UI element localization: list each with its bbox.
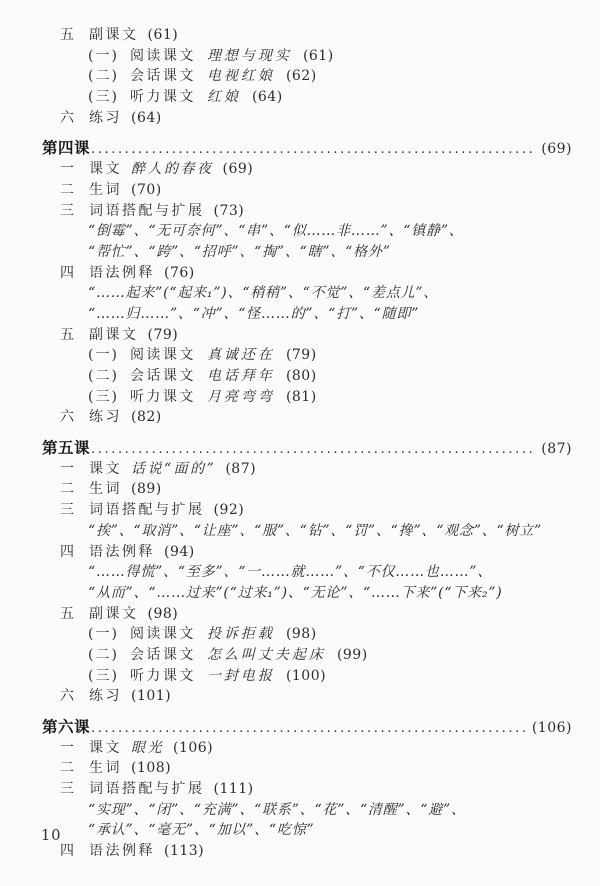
chapter-title: 第四课 <box>42 138 90 159</box>
subitem-category: 阅读课文 <box>130 626 196 642</box>
subitem-title: 投诉拒载 <box>207 626 275 642</box>
page-ref: (80) <box>286 368 317 384</box>
toc-item: 四语法例释(94) <box>42 542 572 563</box>
chapter-title: 第五课 <box>42 438 90 459</box>
item-number: 五 <box>60 27 75 43</box>
page-ref: (108) <box>131 760 171 776</box>
subitem-title: 一封电报 <box>207 668 275 684</box>
toc-subitem: (二)会话课文电视红娘(62) <box>42 66 572 87</box>
toc-subitem: (二)会话课文电话拜年(80) <box>42 366 572 387</box>
toc-item: 四语法例释(113) <box>42 841 572 862</box>
chapter-heading: 第六课(106) <box>42 717 572 738</box>
grammar-line: “从而”、“……过来”(“过来₁”)、“无论”、“……下来”(“下来₂”) <box>42 583 572 604</box>
vocab-line: “倒霉”、“无可奈何”、“串”、“似……非……”、“镇静”、 <box>42 221 572 242</box>
item-number: 三 <box>60 781 75 797</box>
toc-item: 五副课文(79) <box>42 325 572 346</box>
subitem-category: 听力课文 <box>130 389 196 405</box>
page-ref: (111) <box>214 781 254 797</box>
page-ref: (79) <box>148 327 179 343</box>
page-ref: (62) <box>286 68 317 84</box>
vocab-line: “帮忙”、“跨”、“招呼”、“掏”、“瞎”、“格外” <box>42 242 572 263</box>
page-ref: (81) <box>286 389 317 405</box>
table-of-contents: 五副课文(61) (一)阅读课文理想与现实(61) (二)会话课文电视红娘(62… <box>42 25 572 872</box>
toc-item: 六练习(64) <box>42 108 572 129</box>
lesson-title: 醉人的春夜 <box>131 161 214 177</box>
item-number: 五 <box>60 327 75 343</box>
toc-item: 六练习(82) <box>42 407 572 428</box>
item-label: 生词 <box>89 760 122 776</box>
item-number: 一 <box>60 161 75 177</box>
item-label: 生词 <box>89 182 122 198</box>
toc-subitem: (三)听力课文月亮弯弯(81) <box>42 387 572 408</box>
chapter-page-ref: (106) <box>532 718 572 739</box>
grammar-line: “……起来”(“起来₁”)、“稍稍”、“不觉”、“差点儿”、 <box>42 283 572 304</box>
item-label: 词语搭配与扩展 <box>89 781 205 797</box>
vocab-line: “承认”、“毫无”、“加以”、“吃惊” <box>42 820 572 841</box>
page-ref: (106) <box>173 740 213 756</box>
toc-item: 一课文眼光(106) <box>42 738 572 759</box>
item-number: 二 <box>60 182 75 198</box>
item-label: 词语搭配与扩展 <box>89 203 205 219</box>
toc-item: 三词语搭配与扩展(111) <box>42 779 572 800</box>
item-label: 语法例释 <box>89 265 155 281</box>
toc-section: 第四课(69) 一课文醉人的春夜(69) 二生词(70) 三词语搭配与扩展(73… <box>42 138 572 428</box>
subitem-number: (一) <box>88 626 119 642</box>
item-label: 副课文 <box>89 27 139 43</box>
page-ref: (89) <box>131 481 162 497</box>
subitem-number: (二) <box>88 68 119 84</box>
page-ref: (82) <box>131 409 162 425</box>
item-number: 一 <box>60 461 75 477</box>
page-ref: (64) <box>252 89 283 105</box>
dot-leader <box>91 719 526 740</box>
chapter-page-ref: (69) <box>541 139 572 160</box>
subitem-title: 月亮弯弯 <box>207 389 275 405</box>
dot-leader <box>91 440 535 461</box>
subitem-number: (二) <box>88 368 119 384</box>
item-number: 三 <box>60 502 75 518</box>
chapter-page-ref: (87) <box>541 439 572 460</box>
toc-section: 第六课(106) 一课文眼光(106) 二生词(108) 三词语搭配与扩展(11… <box>42 717 572 862</box>
page-ref: (94) <box>164 544 195 560</box>
page-ref: (98) <box>148 606 179 622</box>
page-ref: (70) <box>131 182 162 198</box>
subitem-category: 听力课文 <box>130 668 196 684</box>
item-number: 六 <box>60 110 75 126</box>
toc-subitem: (一)阅读课文真诚还在(79) <box>42 345 572 366</box>
subitem-category: 听力课文 <box>130 89 196 105</box>
page-ref: (113) <box>164 843 204 859</box>
item-number: 二 <box>60 481 75 497</box>
toc-subitem: (三)听力课文红娘(64) <box>42 87 572 108</box>
item-number: 四 <box>60 265 75 281</box>
page-ref: (76) <box>164 265 195 281</box>
subitem-title: 怎么叫丈夫起床 <box>207 647 326 663</box>
item-number: 二 <box>60 760 75 776</box>
subitem-title: 电话拜年 <box>207 368 275 384</box>
page-ref: (79) <box>286 347 317 363</box>
lesson-title: 眼光 <box>131 740 164 756</box>
page-ref: (92) <box>214 502 245 518</box>
item-number: 五 <box>60 606 75 622</box>
item-label: 课文 <box>89 740 122 756</box>
vocab-line: “挨”、“取消”、“让座”、“服”、“钻”、“罚”、“搀”、“观念”、“树立” <box>42 521 572 542</box>
item-number: 六 <box>60 409 75 425</box>
lesson-title: 话说“面的” <box>131 461 216 477</box>
page-ref: (69) <box>223 161 254 177</box>
book-page: 五副课文(61) (一)阅读课文理想与现实(61) (二)会话课文电视红娘(62… <box>0 0 600 886</box>
item-label: 练习 <box>89 110 122 126</box>
item-number: 四 <box>60 843 75 859</box>
subitem-title: 电视红娘 <box>207 68 275 84</box>
toc-item: 一课文醉人的春夜(69) <box>42 159 572 180</box>
item-label: 语法例释 <box>89 544 155 560</box>
toc-subitem: (一)阅读课文投诉拒载(98) <box>42 624 572 645</box>
page-ref: (61) <box>303 48 334 64</box>
page-ref: (99) <box>337 647 368 663</box>
toc-item: 二生词(108) <box>42 758 572 779</box>
item-number: 三 <box>60 203 75 219</box>
subitem-category: 会话课文 <box>130 68 196 84</box>
page-ref: (73) <box>214 203 245 219</box>
grammar-line: “……归……”、“冲”、“怪……的”、“打”、“随即” <box>42 304 572 325</box>
toc-item: 二生词(89) <box>42 479 572 500</box>
page-ref: (61) <box>148 27 179 43</box>
subitem-category: 会话课文 <box>130 368 196 384</box>
item-label: 副课文 <box>89 327 139 343</box>
dot-leader <box>91 140 535 161</box>
page-ref: (101) <box>131 688 171 704</box>
toc-section: 五副课文(61) (一)阅读课文理想与现实(61) (二)会话课文电视红娘(62… <box>42 25 572 128</box>
toc-item: 六练习(101) <box>42 686 572 707</box>
item-number: 一 <box>60 740 75 756</box>
toc-subitem: (二)会话课文怎么叫丈夫起床(99) <box>42 645 572 666</box>
chapter-title: 第六课 <box>42 717 90 738</box>
page-number: 10 <box>41 828 61 844</box>
subitem-category: 会话课文 <box>130 647 196 663</box>
subitem-number: (二) <box>88 647 119 663</box>
page-ref: (64) <box>131 110 162 126</box>
toc-item: 三词语搭配与扩展(73) <box>42 201 572 222</box>
grammar-line: “……得慌”、“至多”、“一……就……”、“不仅……也……”、 <box>42 562 572 583</box>
item-number: 六 <box>60 688 75 704</box>
item-label: 课文 <box>89 461 122 477</box>
subitem-number: (一) <box>88 48 119 64</box>
page-ref: (98) <box>286 626 317 642</box>
item-label: 练习 <box>89 409 122 425</box>
subitem-number: (三) <box>88 389 119 405</box>
item-label: 练习 <box>89 688 122 704</box>
toc-item: 一课文话说“面的”(87) <box>42 459 572 480</box>
toc-item: 二生词(70) <box>42 180 572 201</box>
toc-item: 四语法例释(76) <box>42 263 572 284</box>
page-ref: (87) <box>225 461 256 477</box>
toc-item: 五副课文(61) <box>42 25 572 46</box>
subitem-number: (三) <box>88 668 119 684</box>
item-label: 副课文 <box>89 606 139 622</box>
item-label: 词语搭配与扩展 <box>89 502 205 518</box>
item-number: 四 <box>60 544 75 560</box>
vocab-line: “实现”、“闭”、“充满”、“联系”、“花”、“清醒”、“避”、 <box>42 800 572 821</box>
subitem-title: 红娘 <box>207 89 241 105</box>
toc-item: 五副课文(98) <box>42 604 572 625</box>
toc-subitem: (三)听力课文一封电报(100) <box>42 666 572 687</box>
toc-section: 第五课(87) 一课文话说“面的”(87) 二生词(89) 三词语搭配与扩展(9… <box>42 438 572 707</box>
subitem-category: 阅读课文 <box>130 347 196 363</box>
item-label: 生词 <box>89 481 122 497</box>
subitem-number: (一) <box>88 347 119 363</box>
page-ref: (100) <box>286 668 326 684</box>
chapter-heading: 第五课(87) <box>42 438 572 459</box>
subitem-title: 真诚还在 <box>207 347 275 363</box>
subitem-number: (三) <box>88 89 119 105</box>
toc-item: 三词语搭配与扩展(92) <box>42 500 572 521</box>
chapter-heading: 第四课(69) <box>42 138 572 159</box>
item-label: 课文 <box>89 161 122 177</box>
item-label: 语法例释 <box>89 843 155 859</box>
subitem-category: 阅读课文 <box>130 48 196 64</box>
subitem-title: 理想与现实 <box>207 48 292 64</box>
toc-subitem: (一)阅读课文理想与现实(61) <box>42 46 572 67</box>
